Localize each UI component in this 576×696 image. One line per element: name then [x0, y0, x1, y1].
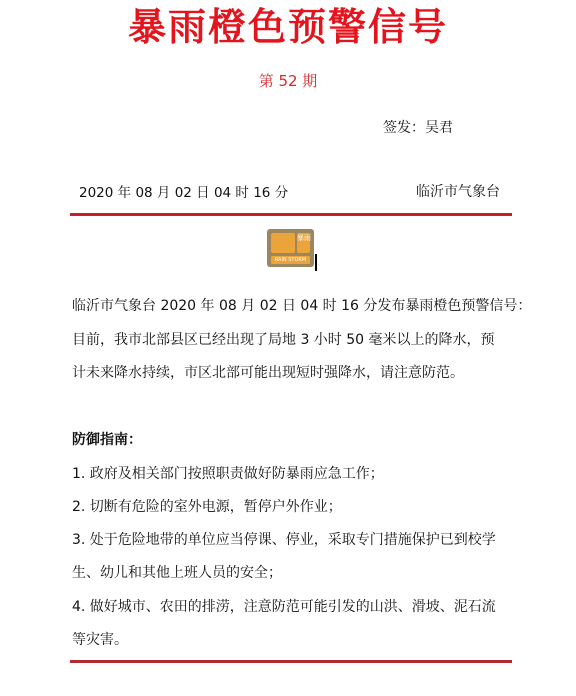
guide-line: 2. 切断有危险的室外电源，暂停户外作业； [72, 496, 342, 516]
badge-en-label: RAIN STORM [271, 256, 310, 264]
issuer: 临沂市气象台 [416, 181, 500, 201]
badge-cn-label: 暴雨 [297, 233, 310, 253]
guide-line: 3. 处于危险地带的单位应当停课、停业，采取专门措施保护已到校学 [72, 529, 496, 549]
issue-datetime: 2020 年 08 月 02 日 04 时 16 分 [79, 181, 288, 201]
rainstorm-orange-warning-icon: 暴雨 RAIN STORM [267, 229, 314, 267]
guide-line: 等灾害。 [72, 629, 128, 649]
guide-line: 1. 政府及相关部门按照职责做好防暴雨应急工作； [72, 463, 384, 483]
body-line: 临沂市气象台 2020 年 08 月 02 日 04 时 16 分发布暴雨橙色预… [72, 295, 531, 315]
text-cursor [315, 254, 317, 271]
footer-divider [70, 660, 512, 663]
guide-line: 4. 做好城市、农田的排涝，注意防范可能引发的山洪、滑坡、泥石流 [72, 596, 496, 616]
issue-number: 第 52 期 [0, 70, 576, 91]
header-divider [70, 213, 512, 216]
body-line: 计未来降水持续，市区北部可能出现短时强降水，请注意防范。 [72, 362, 464, 382]
guide-heading: 防御指南： [72, 429, 142, 449]
signer: 签发：吴君 [383, 117, 453, 137]
document-title: 暴雨橙色预警信号 [0, 0, 576, 51]
body-line: 目前，我市北部县区已经出现了局地 3 小时 50 毫米以上的降水，预 [72, 329, 495, 349]
cloud-rain-icon [271, 233, 295, 253]
guide-line: 生、幼儿和其他上班人员的安全； [72, 562, 282, 582]
